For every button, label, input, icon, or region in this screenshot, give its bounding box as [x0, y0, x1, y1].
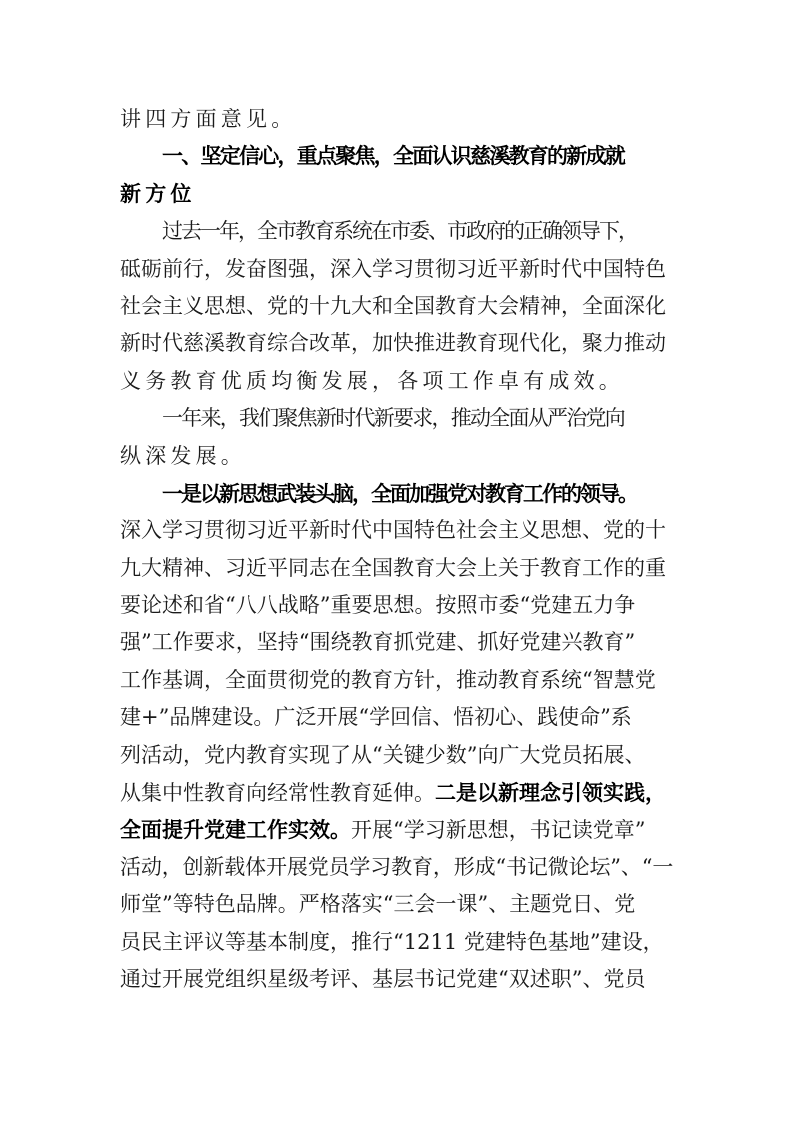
paragraph-line: 列活动，党内教育实现了从“关键少数”向广大党员拓展、: [120, 737, 673, 774]
bold-text-segment: 一是以新思想武装头脑，全面加强党对教育工作的领导。: [162, 481, 637, 506]
paragraph-line: 全面提升党建工作实效。开展“学习新思想，书记读党章”: [120, 811, 673, 848]
document-page: 讲四方面意见。一、坚定信心，重点聚焦，全面认识慈溪教育的新成就新方位过去一年，全…: [0, 0, 793, 1122]
paragraph-line: 深入学习贯彻习近平新时代中国特色社会主义思想、党的十: [120, 512, 673, 549]
text-segment: 员民主评议等基本制度，推行“1211 党建特色基地”建设，: [120, 930, 664, 954]
text-segment: 活动，创新载体开展党员学习教育，形成“书记微论坛”、“一: [120, 855, 673, 879]
section-heading-line: 新方位: [120, 176, 673, 213]
bold-text-segment: 一、坚定信心，重点聚焦，全面认识慈溪教育的新成就: [162, 144, 624, 168]
paragraph-line: 要论述和省“八八战略”重要思想。按照市委“党建五力争: [120, 587, 673, 624]
paragraph-line: 通过开展党组织星级考评、基层书记党建“双述职”、党员: [120, 961, 673, 998]
paragraph-line: 一是以新思想武装头脑，全面加强党对教育工作的领导。: [120, 475, 673, 512]
text-segment: 工作基调，全面贯彻党的教育方针，推动教育系统“智慧党: [120, 668, 656, 692]
paragraph-line: 员民主评议等基本制度，推行“1211 党建特色基地”建设，: [120, 924, 673, 961]
text-segment: 砥砺前行，发奋图强，深入学习贯彻习近平新时代中国特色: [120, 257, 666, 281]
paragraph-line: 过去一年，全市教育系统在市委、市政府的正确领导下，: [120, 213, 673, 250]
paragraph-line: 纵深发展。: [120, 438, 673, 475]
paragraph-line: 建+”品牌建设。广泛开展“学回信、悟初心、践使命”系: [120, 699, 673, 736]
text-segment: 通过开展党组织星级考评、基层书记党建“双述职”、党员: [120, 967, 645, 991]
text-segment: 从集中性教育向经常性教育延伸。: [120, 781, 435, 805]
text-segment: 师堂”等特色品牌。严格落实“三会一课”、主题党日、党: [120, 892, 635, 916]
text-segment: 深入学习贯彻习近平新时代中国特色社会主义思想、党的十: [120, 518, 666, 542]
text-segment: 开展“学习新思想，书记读党章”: [351, 818, 645, 842]
text-segment: 社会主义思想、党的十九大和全国教育大会精神，全面深化: [120, 294, 666, 318]
paragraph-line: 砥砺前行，发奋图强，深入学习贯彻习近平新时代中国特色: [120, 251, 673, 288]
text-segment: 建+”品牌建设。广泛开展“学回信、悟初心、践使命”系: [120, 705, 632, 729]
text-segment: 九大精神、习近平同志在全国教育大会上关于教育工作的重: [120, 556, 666, 580]
paragraph-line: 一年来，我们聚焦新时代新要求，推动全面从严治党向: [120, 400, 673, 437]
bold-text-segment: 全面提升党建工作实效。: [120, 817, 351, 842]
text-segment: 要论述和省“八八战略”重要思想。按照市委“党建五力争: [120, 593, 635, 617]
paragraph-line: 工作基调，全面贯彻党的教育方针，推动教育系统“智慧党: [120, 662, 673, 699]
text-segment: 强”工作要求，坚持“围绕教育抓党建、抓好党建兴教育”: [120, 630, 635, 654]
bold-text-segment: 新方位: [120, 182, 196, 206]
text-segment: 纵深发展。: [120, 444, 246, 468]
paragraph-line: 义务教育优质均衡发展，各项工作卓有成效。: [120, 363, 673, 400]
paragraph-line: 从集中性教育向经常性教育延伸。二是以新理念引领实践，: [120, 774, 673, 811]
text-segment: 一年来，我们聚焦新时代新要求，推动全面从严治党向: [162, 406, 624, 430]
paragraph-line: 强”工作要求，坚持“围绕教育抓党建、抓好党建兴教育”: [120, 624, 673, 661]
section-heading-line: 一、坚定信心，重点聚焦，全面认识慈溪教育的新成就: [120, 138, 673, 175]
paragraph-line: 活动，创新载体开展党员学习教育，形成“书记微论坛”、“一: [120, 849, 673, 886]
paragraph-line: 新时代慈溪教育综合改革，加快推进教育现代化，聚力推动: [120, 325, 673, 362]
paragraph-line: 讲四方面意见。: [120, 101, 673, 138]
paragraph-line: 九大精神、习近平同志在全国教育大会上关于教育工作的重: [120, 550, 673, 587]
bold-text-segment: 二是以新理念引领实践，: [435, 780, 666, 805]
document-body: 讲四方面意见。一、坚定信心，重点聚焦，全面认识慈溪教育的新成就新方位过去一年，全…: [120, 101, 673, 998]
text-segment: 义务教育优质均衡发展，各项工作卓有成效。: [120, 369, 624, 393]
text-segment: 新时代慈溪教育综合改革，加快推进教育现代化，聚力推动: [120, 331, 666, 355]
paragraph-line: 师堂”等特色品牌。严格落实“三会一课”、主题党日、党: [120, 886, 673, 923]
text-segment: 列活动，党内教育实现了从“关键少数”向广大党员拓展、: [120, 743, 645, 767]
paragraph-line: 社会主义思想、党的十九大和全国教育大会精神，全面深化: [120, 288, 673, 325]
text-segment: 过去一年，全市教育系统在市委、市政府的正确领导下，: [162, 219, 637, 243]
text-segment: 讲四方面意见。: [120, 107, 296, 131]
